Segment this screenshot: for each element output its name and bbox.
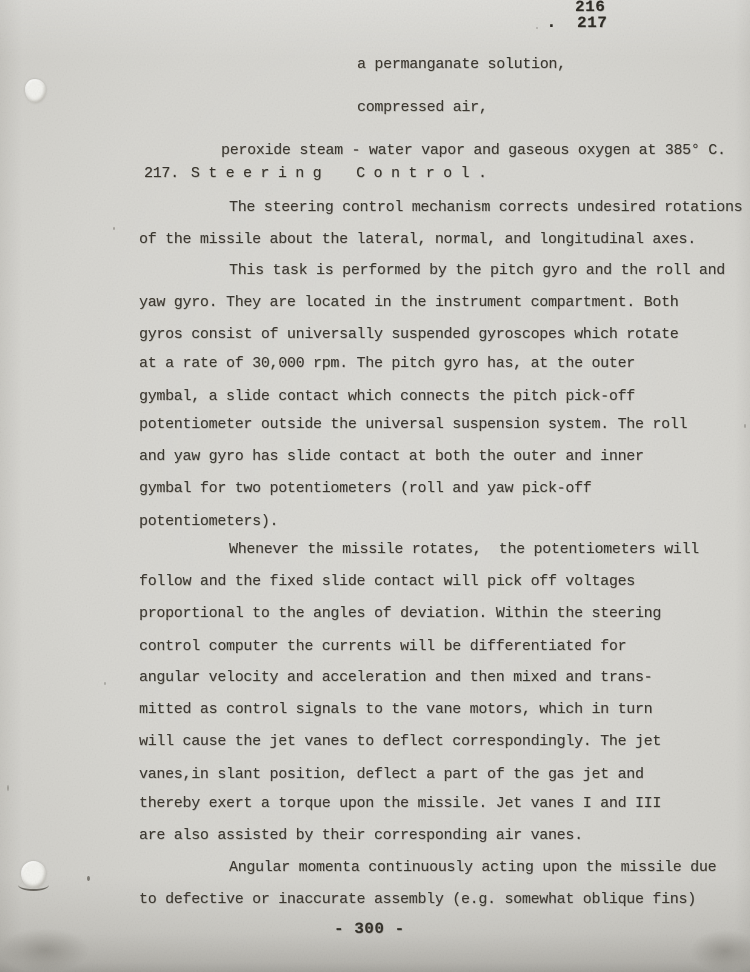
- section-number: 217.: [144, 165, 179, 182]
- typed-line: follow and the fixed slide contact will …: [139, 572, 635, 592]
- typed-text-layer: 216 217 . a permanganate solution, compr…: [0, 0, 750, 972]
- typed-line: to defective or inaccurate assembly (e.g…: [139, 890, 696, 910]
- typed-line: The steering control mechanism corrects …: [229, 198, 742, 218]
- section-title: S t e e r i n g C o n t r o l .: [191, 165, 487, 182]
- typed-line: angular velocity and acceleration and th…: [139, 668, 652, 688]
- typed-line: yaw gyro. They are located in the instru…: [139, 293, 679, 313]
- typed-line: potentiometer outside the universal susp…: [139, 415, 687, 435]
- typed-line: and yaw gyro has slide contact at both t…: [139, 447, 644, 467]
- typed-line-solution-3: peroxide steam - water vapor and gaseous…: [221, 141, 726, 161]
- typed-line: proportional to the angles of deviation.…: [139, 604, 661, 624]
- hole-punch-shadow: [18, 879, 49, 891]
- typed-line: of the missile about the lateral, normal…: [139, 230, 696, 250]
- corner-page-number-217: 217: [577, 14, 607, 32]
- scanned-document-page: 216 217 . a permanganate solution, compr…: [0, 0, 750, 972]
- section-heading: 217.S t e e r i n g C o n t r o l .: [144, 165, 487, 182]
- typed-line: gymbal, a slide contact which connects t…: [139, 387, 635, 407]
- typed-line-solution-1: a permanganate solution,: [357, 55, 566, 75]
- typed-line: Whenever the missile rotates, the potent…: [229, 540, 699, 560]
- typed-line: This task is performed by the pitch gyro…: [229, 261, 725, 281]
- typed-line: vanes,in slant position, deflect a part …: [139, 765, 644, 785]
- typed-line: Angular momenta continuously acting upon…: [229, 858, 716, 878]
- typed-line: thereby exert a torque upon the missile.…: [139, 794, 661, 814]
- typed-line: gymbal for two potentiometers (roll and …: [139, 479, 591, 499]
- stray-typed-dot: .: [546, 13, 557, 33]
- footer-page-number: - 300 -: [334, 920, 405, 938]
- typed-line: gyros consist of universally suspended g…: [139, 325, 679, 345]
- typed-line: mitted as control signals to the vane mo…: [139, 700, 652, 720]
- typed-line: potentiometers).: [139, 512, 278, 532]
- typed-line: at a rate of 30,000 rpm. The pitch gyro …: [139, 354, 635, 374]
- typed-line: will cause the jet vanes to deflect corr…: [139, 732, 661, 752]
- typed-line-solution-2: compressed air,: [357, 98, 488, 118]
- typed-line: control computer the currents will be di…: [139, 637, 626, 657]
- typed-line: are also assisted by their corresponding…: [139, 826, 583, 846]
